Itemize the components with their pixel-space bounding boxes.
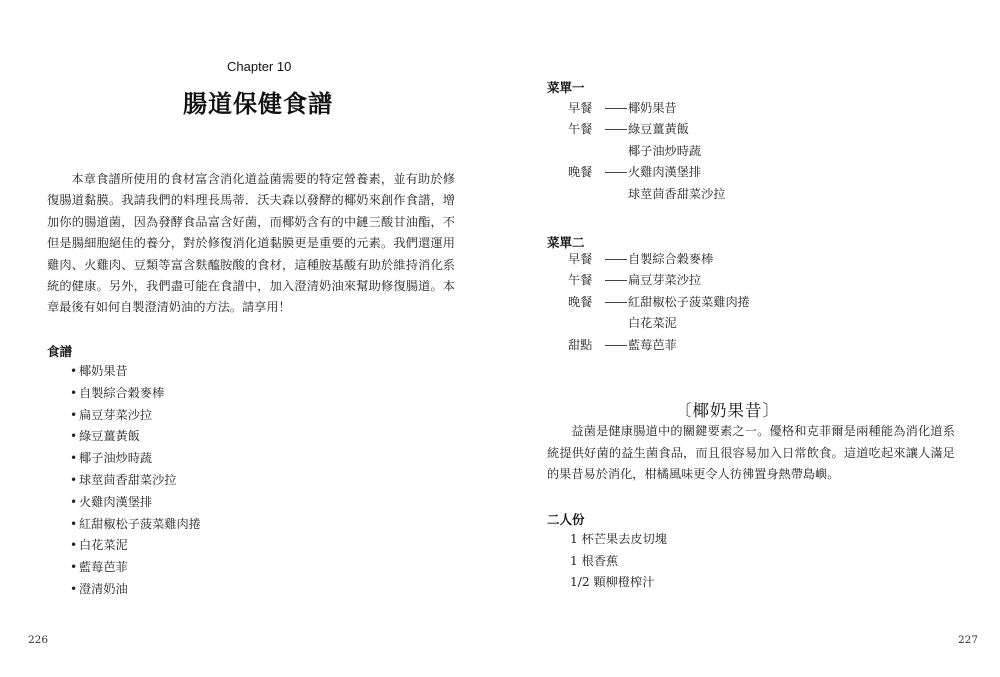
left-page: Chapter 10 腸道保健食譜 本章食譜所使用的食材富含消化道益菌需要的特定… (0, 0, 500, 677)
bullet-icon: • (70, 579, 79, 601)
dish-name: 自製綜合穀麥棒 (628, 252, 713, 266)
recipe-description-text: 益菌是健康腸道中的關鍵要素之一。優格和克菲爾是兩種能為消化道系統提供好菌的益生菌… (547, 421, 955, 486)
bullet-icon: • (70, 383, 79, 405)
ingredient-item: 1 根香蕉 (570, 551, 667, 573)
dish-name: 火雞肉漢堡排 (628, 165, 701, 179)
bullet-icon: • (70, 448, 79, 470)
recipe-name: 火雞肉漢堡排 (79, 495, 152, 509)
recipe-list-item: •自製綜合穀麥棒 (70, 383, 201, 405)
menu1-row: 晚餐火雞肉漢堡排 (568, 162, 726, 183)
dish-name: 椰奶果昔 (628, 101, 677, 115)
recipes-heading: 食譜 (47, 342, 72, 360)
recipe-name: 椰子油炒時蔬 (79, 451, 152, 465)
recipe-list-item: •椰奶果昔 (70, 361, 201, 383)
meal-label: 午餐 (568, 270, 604, 291)
meal-label: 晚餐 (568, 292, 604, 313)
bullet-icon: • (70, 514, 79, 536)
bullet-icon: • (70, 535, 79, 557)
ingredient-item: 1 杯芒果去皮切塊 (570, 529, 667, 551)
bullet-icon: • (70, 361, 79, 383)
menu2-row: 白花菜泥 (568, 313, 750, 334)
bullet-icon: • (70, 470, 79, 492)
chapter-label: Chapter 10 (227, 59, 291, 74)
menu2-row: 午餐扁豆芽菜沙拉 (568, 270, 750, 291)
menu1-heading: 菜單一 (547, 78, 585, 96)
servings-heading: 二人份 (547, 510, 585, 528)
menu1-row: 球莖茴香甜菜沙拉 (568, 184, 726, 205)
dish-name: 椰子油炒時蔬 (628, 144, 701, 158)
em-dash-separator (605, 108, 627, 109)
recipe-description: 益菌是健康腸道中的關鍵要素之一。優格和克菲爾是兩種能為消化道系統提供好菌的益生菌… (547, 421, 955, 486)
recipe-name: 白花菜泥 (79, 538, 128, 552)
recipe-name: 藍莓芭菲 (79, 560, 128, 574)
recipe-list-item: •綠豆薑黃飯 (70, 426, 201, 448)
dish-name: 藍莓芭菲 (628, 338, 677, 352)
menu2-list: 早餐自製綜合穀麥棒午餐扁豆芽菜沙拉晚餐紅甜椒松子菠菜雞肉捲白花菜泥甜點藍莓芭菲 (568, 249, 750, 356)
meal-label: 晚餐 (568, 162, 604, 183)
menu1-row: 早餐椰奶果昔 (568, 98, 726, 119)
recipe-list-item: •椰子油炒時蔬 (70, 448, 201, 470)
recipe-name: 球莖茴香甜菜沙拉 (79, 473, 177, 487)
menu1-row: 午餐綠豆薑黃飯 (568, 119, 726, 140)
em-dash-separator (605, 280, 627, 281)
recipe-list-item: •火雞肉漢堡排 (70, 492, 201, 514)
intro-paragraph: 本章食譜所使用的食材富含消化道益菌需要的特定營養素，並有助於修復腸道黏膜。我請我… (47, 169, 455, 319)
bullet-icon: • (70, 557, 79, 579)
menu1-list: 早餐椰奶果昔午餐綠豆薑黃飯椰子油炒時蔬晚餐火雞肉漢堡排球莖茴香甜菜沙拉 (568, 98, 726, 205)
ingredient-item: 1/2 顆柳橙榨汁 (570, 572, 667, 594)
meal-label: 早餐 (568, 249, 604, 270)
recipe-list-item: •扁豆芽菜沙拉 (70, 405, 201, 427)
recipe-list: •椰奶果昔•自製綜合穀麥棒•扁豆芽菜沙拉•綠豆薑黃飯•椰子油炒時蔬•球莖茴香甜菜… (70, 361, 201, 601)
dish-name: 白花菜泥 (628, 316, 677, 330)
recipe-title: 〔椰奶果昔〕 (675, 397, 780, 421)
em-dash-separator (605, 129, 627, 130)
menu2-row: 甜點藍莓芭菲 (568, 335, 750, 356)
recipe-name: 綠豆薑黃飯 (79, 429, 140, 443)
page-number-left: 226 (28, 634, 48, 646)
em-dash-separator (605, 345, 627, 346)
recipe-name: 自製綜合穀麥棒 (79, 386, 164, 400)
meal-label: 早餐 (568, 98, 604, 119)
chapter-intro: 本章食譜所使用的食材富含消化道益菌需要的特定營養素，並有助於修復腸道黏膜。我請我… (47, 169, 455, 319)
bullet-icon: • (70, 405, 79, 427)
meal-label: 午餐 (568, 119, 604, 140)
page-number-right: 227 (958, 634, 978, 646)
recipe-name: 椰奶果昔 (79, 364, 128, 378)
chapter-title: 腸道保健食譜 (183, 84, 333, 119)
em-dash-separator (605, 172, 627, 173)
recipe-list-item: •球莖茴香甜菜沙拉 (70, 470, 201, 492)
dish-name: 扁豆芽菜沙拉 (628, 273, 701, 287)
recipe-name: 紅甜椒松子菠菜雞肉捲 (79, 517, 201, 531)
meal-label: 甜點 (568, 335, 604, 356)
menu1-row: 椰子油炒時蔬 (568, 141, 726, 162)
recipe-list-item: •藍莓芭菲 (70, 557, 201, 579)
recipe-name: 澄清奶油 (79, 582, 128, 596)
bullet-icon: • (70, 492, 79, 514)
em-dash-separator (605, 302, 627, 303)
menu2-row: 早餐自製綜合穀麥棒 (568, 249, 750, 270)
dish-name: 球莖茴香甜菜沙拉 (628, 187, 726, 201)
ingredient-list: 1 杯芒果去皮切塊1 根香蕉1/2 顆柳橙榨汁 (570, 529, 667, 594)
dish-name: 紅甜椒松子菠菜雞肉捲 (628, 295, 750, 309)
dish-name: 綠豆薑黃飯 (628, 122, 689, 136)
recipe-list-item: •紅甜椒松子菠菜雞肉捲 (70, 514, 201, 536)
recipe-list-item: •白花菜泥 (70, 535, 201, 557)
bullet-icon: • (70, 426, 79, 448)
em-dash-separator (605, 259, 627, 260)
recipe-list-item: •澄清奶油 (70, 579, 201, 601)
menu2-row: 晚餐紅甜椒松子菠菜雞肉捲 (568, 292, 750, 313)
recipe-name: 扁豆芽菜沙拉 (79, 408, 152, 422)
